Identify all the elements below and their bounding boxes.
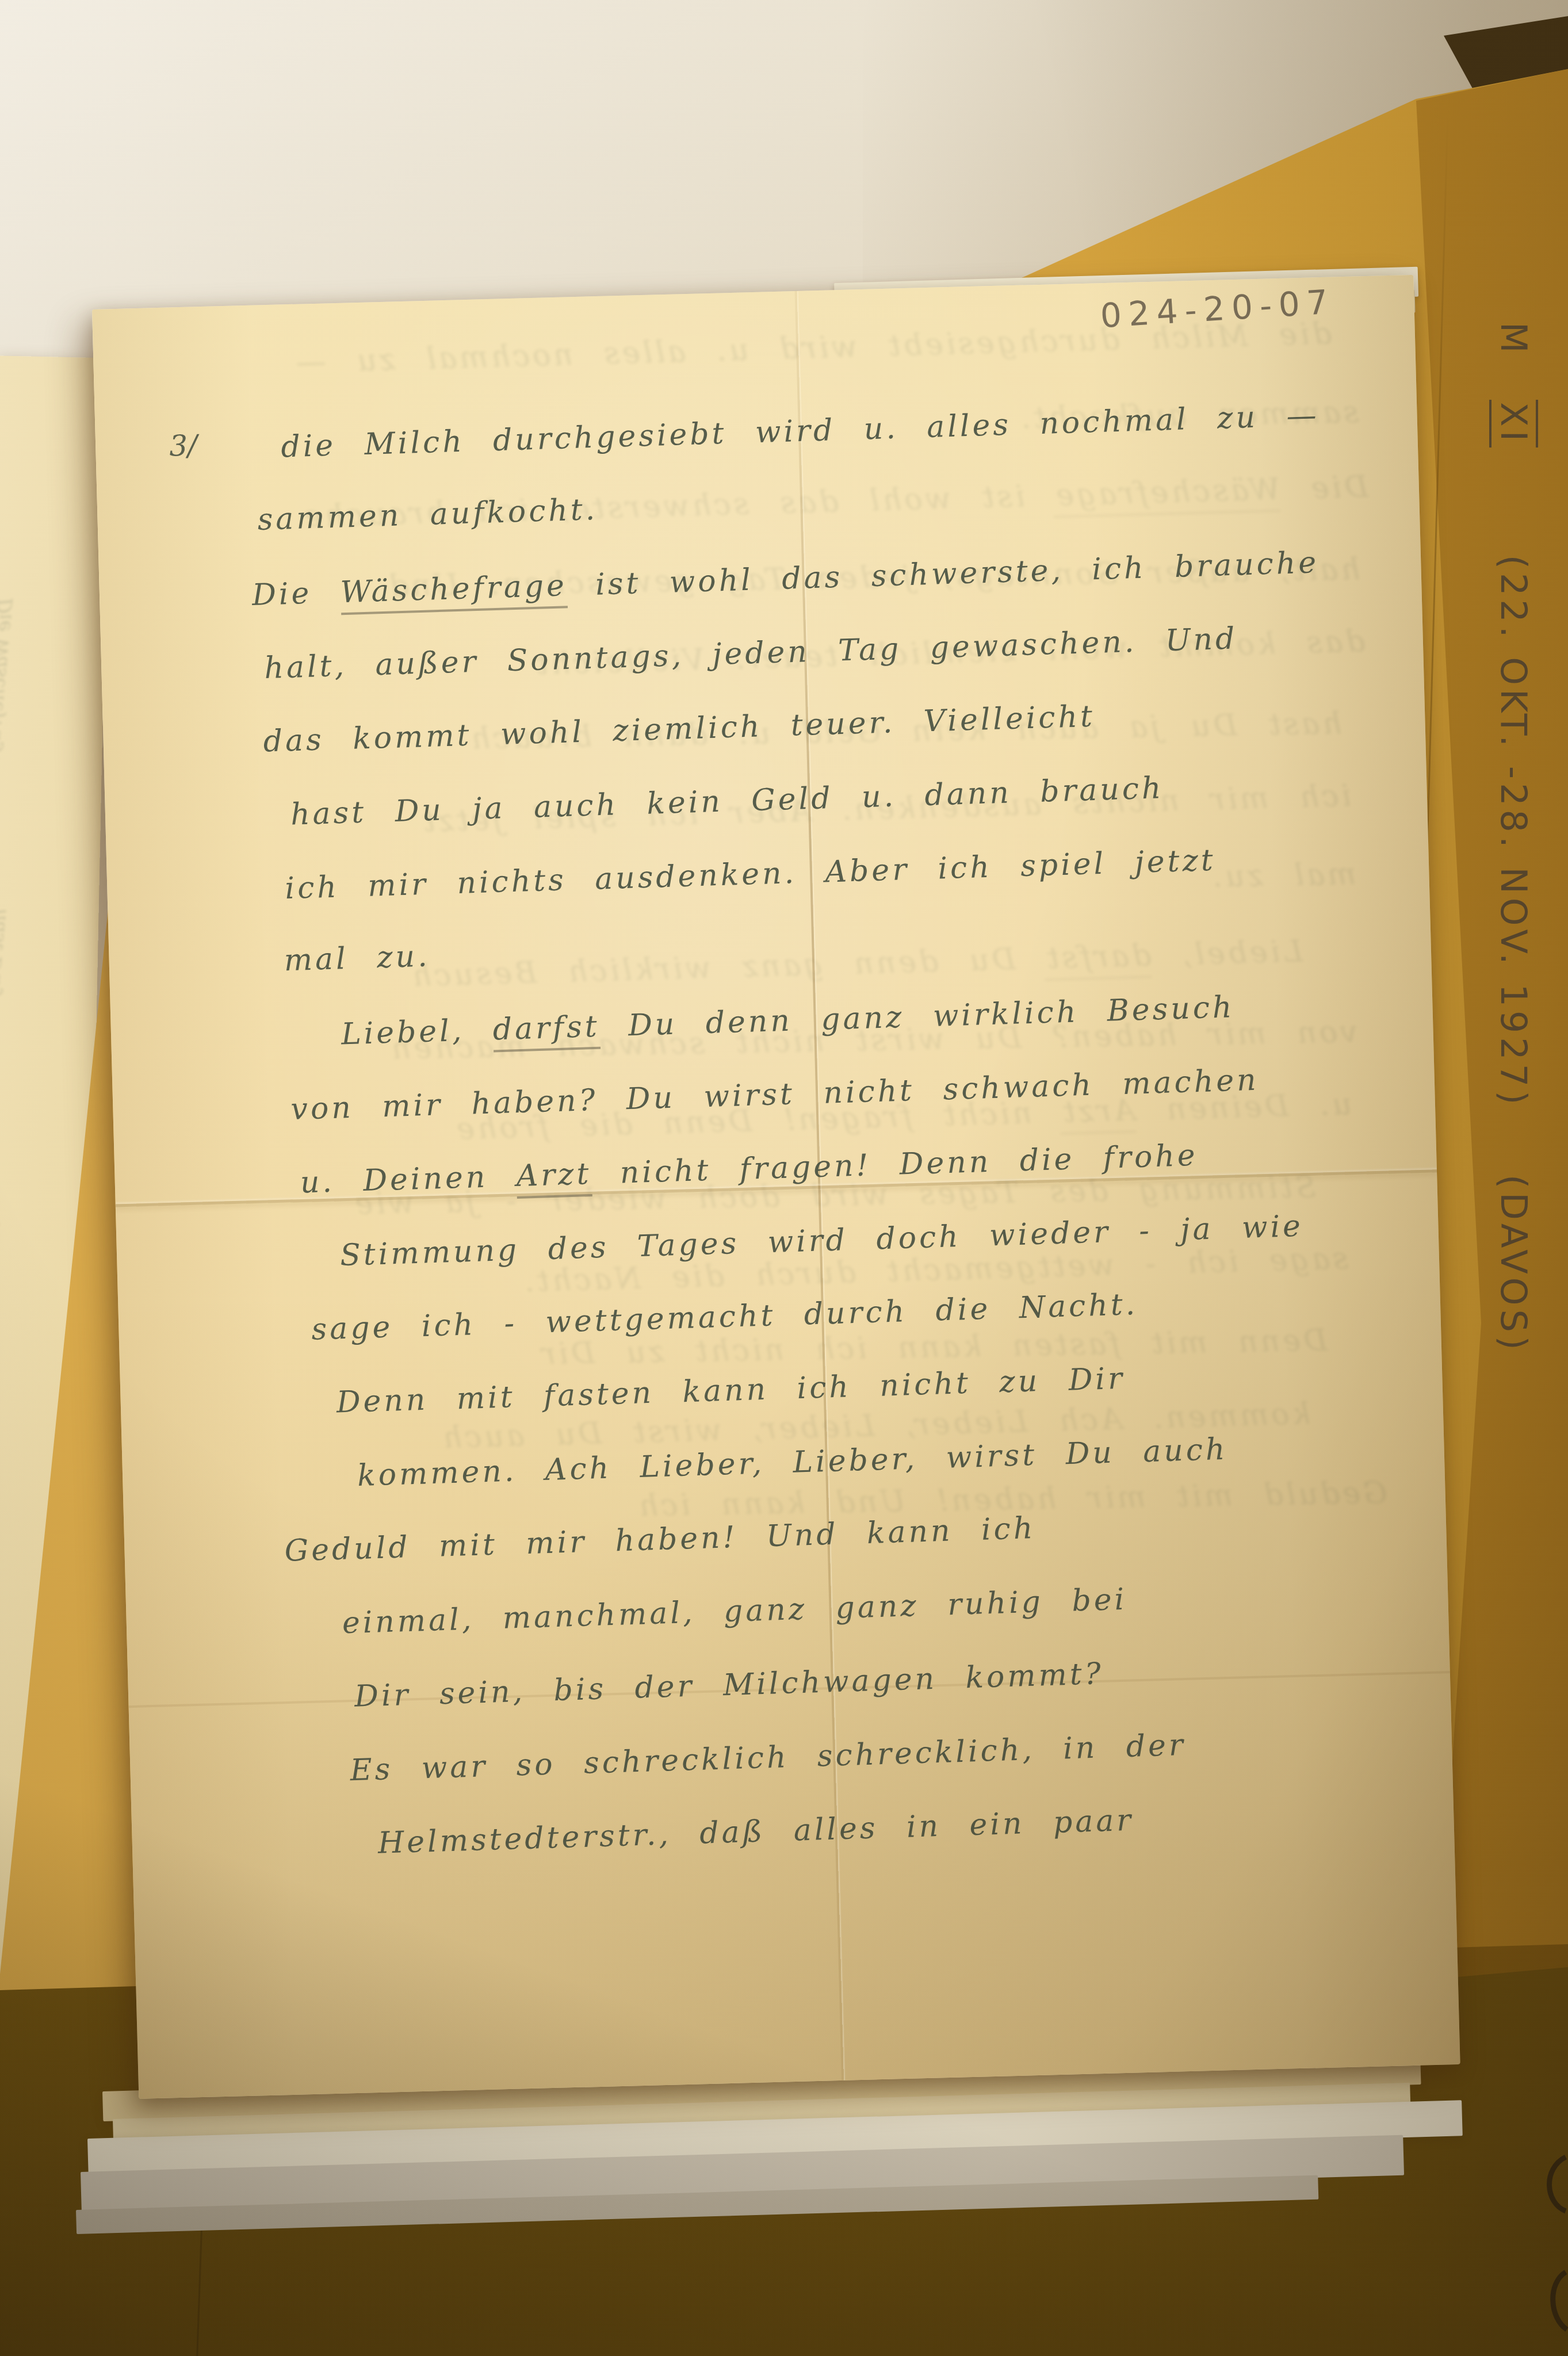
folder-spine-label: M XI (22. OKT. -28. NOV. 1927) (DAVOS) [1493,322,1535,1354]
letter-line: u. Deinen Arzt nicht fragen! Denn die fr… [300,1138,1198,1200]
bleed-through-writing: Die Wäschefrage ist wohl das schwerste, … [0,597,18,828]
letter-line: Helmstedterstr., daß alles in ein paar [377,1803,1134,1861]
letter-line: sage ich - wettgemacht durch die Nacht. [311,1287,1138,1347]
letter-line: kommen. Ach Lieber, Lieber, wirst Du auc… [357,1432,1228,1493]
letter-line: Liebel, darfst Du denn ganz wirklich Bes… [341,990,1235,1051]
partial-ink-marks [1537,2151,1568,2335]
letter-line: Geduld mit mir haben! Und kann ich [284,1511,1036,1569]
page-number-marker: 3/ [169,429,198,462]
letter-page: die Milch durchgesiebt wird u. alles noc… [92,275,1460,2099]
archival-photo: Die Wäschefrage ist wohl das schwerste, … [0,0,1568,2356]
letter-line: Stimmung des Tages wird doch wieder - ja… [339,1209,1303,1273]
bleed-through-writing: hast Du ja auch kein Geld u. dann brauch [0,908,11,1139]
spine-date-range: (22. OKT. -28. NOV. 1927) [1493,555,1535,1109]
spine-series-letter: M [1493,322,1535,357]
spine-roman-numeral: XI [1489,400,1538,448]
letter-line: hast Du ja auch kein Geld u. dann brauch [290,771,1164,832]
letter-line: von mir haben? Du wirst nicht schwach ma… [290,1063,1260,1127]
letter-line: halt, außer Sonntags, jeden Tag gewasche… [264,621,1238,686]
letter-line: Es war so schrecklich schrecklich, in de… [350,1728,1187,1788]
letter-line: ich mir nichts ausdenken. Aber ich spiel… [285,843,1217,906]
letter-lines: die Milch durchgesiebt wird u. alles noc… [248,399,1439,1981]
bleed-through-writing: von mir haben? Du wirst nicht schwach ma… [0,1218,5,1449]
letter-line: mal zu. [284,939,431,978]
letter-line: Die Wäschefrage ist wohl das schwerste, … [251,545,1320,613]
letter-line: sammen aufkocht. [257,492,598,537]
spine-place-label: (DAVOS) [1493,1175,1535,1354]
letter-line: das kommt wohl ziemlich teuer. Vielleich… [263,699,1096,759]
letter-line: Denn mit fasten kann ich nicht zu Dir [336,1361,1126,1420]
letter-line: einmal, manchmal, ganz ganz ruhig bei [342,1582,1127,1641]
letter-line: Dir sein, bis der Milchwagen kommt? [354,1657,1104,1714]
